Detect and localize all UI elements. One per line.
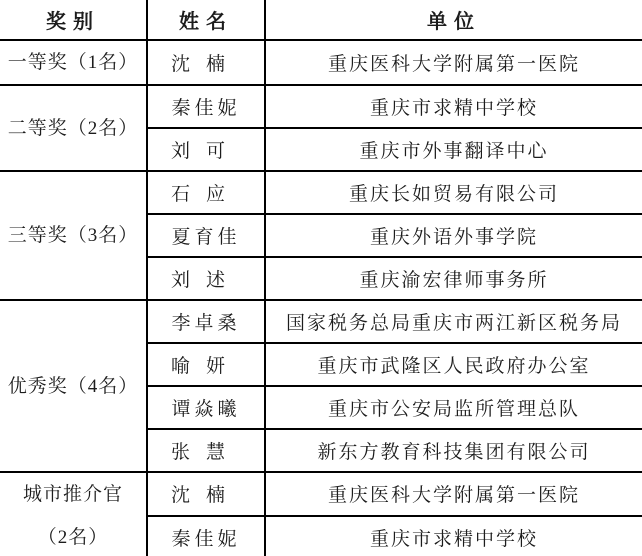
unit-cell: 重庆医科大学附属第一医院: [265, 472, 642, 516]
award-category-cell: 城市推介官 （2名）: [0, 472, 147, 556]
table-row: 二等奖（2名） 秦佳妮 重庆市求精中学校: [0, 85, 642, 128]
unit-cell: 新东方教育科技集团有限公司: [265, 429, 642, 472]
unit-cell: 重庆市公安局监所管理总队: [265, 386, 642, 429]
name-cell: 谭焱曦: [147, 386, 265, 429]
unit-cell: 重庆渝宏律师事务所: [265, 257, 642, 300]
name-cell: 秦佳妮: [147, 85, 265, 128]
name-cell: 刘可: [147, 128, 265, 171]
unit-cell: 重庆长如贸易有限公司: [265, 171, 642, 214]
unit-cell: 重庆医科大学附属第一医院: [265, 40, 642, 85]
awards-table-container: 奖别 姓名 单位 一等奖（1名） 沈楠 重庆医科大学附属第一医院 二等奖（2名）…: [0, 0, 642, 556]
unit-cell: 重庆市武隆区人民政府办公室: [265, 343, 642, 386]
name-cell: 李卓桑: [147, 300, 265, 343]
table-row: 优秀奖（4名） 李卓桑 国家税务总局重庆市两江新区税务局: [0, 300, 642, 343]
unit-cell: 重庆市求精中学校: [265, 85, 642, 128]
name-cell: 刘述: [147, 257, 265, 300]
table-row: 一等奖（1名） 沈楠 重庆医科大学附属第一医院: [0, 40, 642, 85]
table-row: 城市推介官 （2名） 沈楠 重庆医科大学附属第一医院: [0, 472, 642, 516]
unit-cell: 重庆市外事翻译中心: [265, 128, 642, 171]
award-category-cell: 二等奖（2名）: [0, 85, 147, 171]
name-cell: 沈楠: [147, 40, 265, 85]
header-award-category: 奖别: [0, 0, 147, 40]
award-category-cell: 三等奖（3名）: [0, 171, 147, 300]
unit-cell: 国家税务总局重庆市两江新区税务局: [265, 300, 642, 343]
awards-table: 奖别 姓名 单位 一等奖（1名） 沈楠 重庆医科大学附属第一医院 二等奖（2名）…: [0, 0, 642, 556]
table-row: 三等奖（3名） 石应 重庆长如贸易有限公司: [0, 171, 642, 214]
header-name: 姓名: [147, 0, 265, 40]
unit-cell: 重庆市求精中学校: [265, 516, 642, 556]
name-cell: 张慧: [147, 429, 265, 472]
name-cell: 夏育佳: [147, 214, 265, 257]
name-cell: 喻妍: [147, 343, 265, 386]
name-cell: 沈楠: [147, 472, 265, 516]
name-cell: 石应: [147, 171, 265, 214]
name-cell: 秦佳妮: [147, 516, 265, 556]
award-category-cell: 优秀奖（4名）: [0, 300, 147, 472]
header-unit: 单位: [265, 0, 642, 40]
unit-cell: 重庆外语外事学院: [265, 214, 642, 257]
header-row: 奖别 姓名 单位: [0, 0, 642, 40]
award-category-cell: 一等奖（1名）: [0, 40, 147, 85]
